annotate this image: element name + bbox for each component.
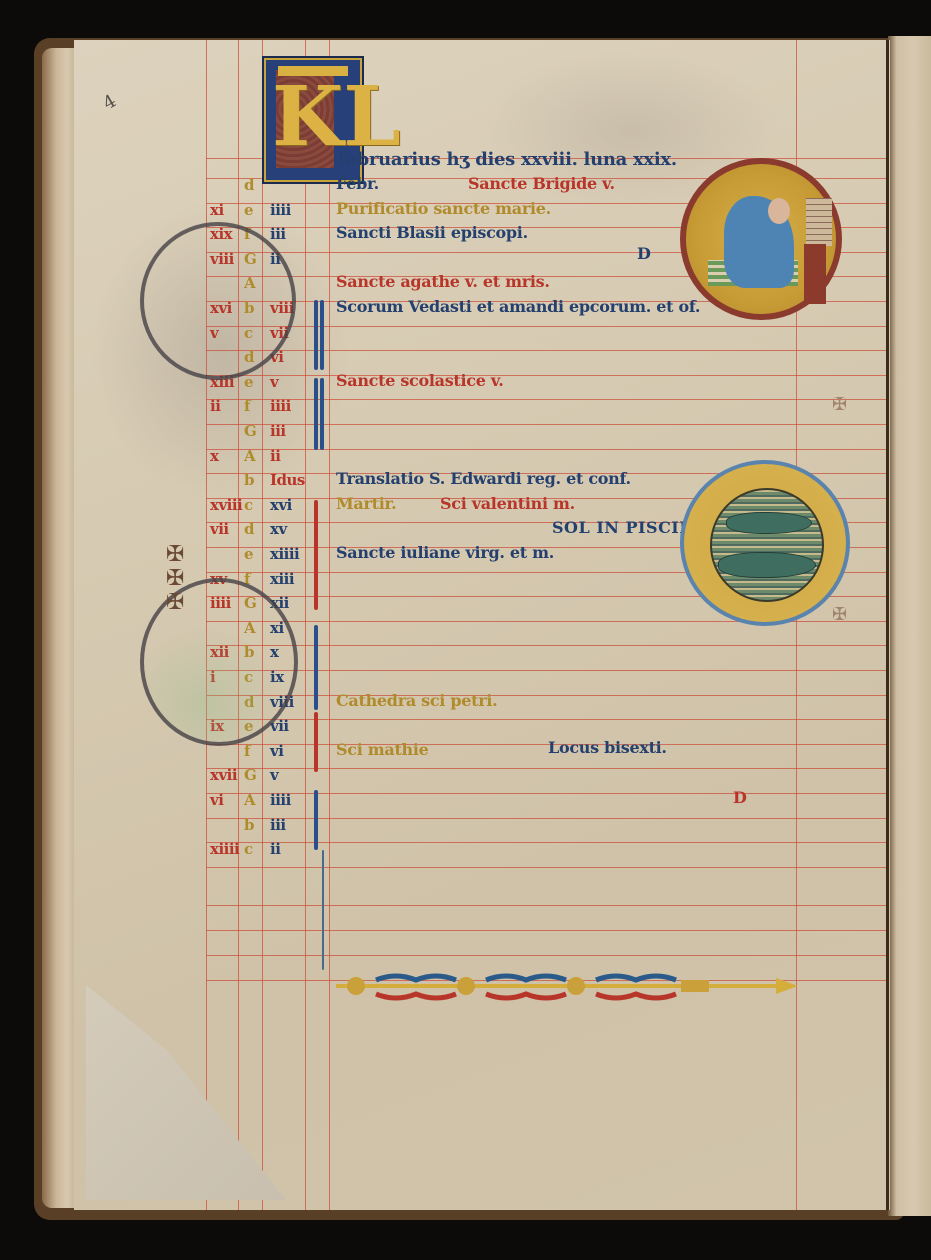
ruling-line	[206, 645, 886, 646]
feast-entry-secondary: Sancte Brigide v.	[468, 174, 615, 194]
cross-icon: ✠	[166, 566, 184, 591]
roman-day: Idus	[270, 471, 305, 489]
pisces-zodiac-roundel	[680, 460, 850, 626]
golden-number: xi	[210, 201, 224, 219]
initial-letter: KL	[272, 76, 401, 158]
roman-day: ii	[270, 447, 280, 465]
roman-day: iii	[270, 225, 286, 243]
feast-entry-secondary: Sci valentini m.	[440, 494, 575, 514]
fish-icon	[718, 552, 816, 578]
roman-day: vi	[270, 742, 283, 760]
roman-day: ii	[270, 840, 280, 858]
ruling-line	[206, 719, 886, 720]
feast-entry: Purificatio sancte marie.	[336, 199, 551, 219]
dominical-mark-d2: D	[733, 788, 747, 808]
ruling-line	[206, 744, 886, 745]
ruling-line	[206, 793, 886, 794]
golden-number: xvii	[210, 766, 237, 784]
roman-day: v	[270, 766, 278, 784]
fire-icon	[804, 244, 826, 304]
ruling-line	[206, 670, 886, 671]
dominical-letter: d	[244, 176, 254, 194]
ruling-line	[206, 842, 886, 843]
ruling-line	[206, 818, 886, 819]
dominical-letter: c	[244, 496, 253, 514]
ruling-line	[206, 375, 886, 376]
roman-day: xiii	[270, 570, 294, 588]
dominical-mark-d: D	[637, 244, 651, 264]
dominical-letter: G	[244, 422, 256, 440]
labour-of-month-roundel	[680, 158, 842, 320]
dominical-letter: f	[244, 397, 250, 415]
facing-page-edge	[888, 36, 931, 1216]
ruling-line	[206, 955, 886, 956]
ruling-line	[206, 930, 886, 931]
cross-icon: ✠	[832, 604, 847, 625]
roman-day: iii	[270, 816, 286, 834]
cross-icon: ✠	[166, 542, 184, 567]
ruling-line	[206, 326, 886, 327]
kl-bar	[314, 500, 318, 610]
dominical-letter: d	[244, 520, 254, 538]
pencil-ring	[140, 578, 298, 746]
dominical-letter: e	[244, 545, 253, 563]
feast-entry: Scorum Vedasti et amandi epcorum. et of.	[336, 297, 700, 317]
dominical-letter: e	[244, 201, 253, 219]
feast-entry: Cathedra sci petri.	[336, 691, 497, 711]
fish-icon	[726, 512, 812, 534]
feast-entry: Sancte iuliane virg. et m.	[336, 543, 554, 563]
ruling-line	[206, 449, 886, 450]
roman-day: v	[270, 373, 278, 391]
ruling-line	[206, 399, 886, 400]
pencil-ring	[140, 222, 296, 380]
feast-entry: Sancti Blasii episcopi.	[336, 223, 528, 243]
dominical-letter: c	[244, 840, 253, 858]
dominical-letter: A	[244, 791, 255, 809]
feast-entry: Sancte scolastice v.	[336, 371, 504, 391]
month-heading: februarius hʒ dies xxviii. luna xxix.	[338, 150, 677, 170]
ruling-line	[206, 695, 886, 696]
ruling-line	[206, 905, 886, 906]
border-stem	[322, 850, 324, 970]
feast-entry: Martir.	[336, 494, 396, 514]
decorative-border-bar	[336, 962, 806, 1012]
building-icon	[806, 198, 832, 246]
ruling-vertical	[329, 40, 330, 1210]
page-edge-left	[42, 48, 78, 1208]
kl-bar	[314, 378, 318, 450]
feast-entry: Febr.	[336, 174, 379, 194]
ruling-vertical	[305, 40, 306, 1210]
ruling-line	[206, 867, 886, 868]
dominical-letter: A	[244, 447, 255, 465]
kl-bar	[320, 300, 324, 370]
dominical-letter: e	[244, 373, 253, 391]
cross-icon: ✠	[166, 590, 184, 615]
kl-bar	[314, 712, 318, 772]
roman-day: iiii	[270, 397, 291, 415]
feast-entry: Sancte agathe v. et mris.	[336, 272, 550, 292]
golden-number: ii	[210, 397, 220, 415]
feast-entry: Sci mathie	[336, 740, 429, 760]
cross-icon: ✠	[832, 394, 847, 415]
ruling-line	[206, 424, 886, 425]
roman-day: xv	[270, 520, 287, 538]
roman-day: iiii	[270, 791, 291, 809]
water-icon	[710, 488, 824, 602]
feast-entry: Translatio S. Edwardi reg. et conf.	[336, 469, 631, 489]
roman-day: xiiii	[270, 545, 299, 563]
golden-number: vii	[210, 520, 229, 538]
kl-bar	[314, 790, 318, 850]
dominical-letter: f	[244, 742, 250, 760]
roman-day: iii	[270, 422, 286, 440]
dominical-letter: G	[244, 766, 256, 784]
golden-number: x	[210, 447, 218, 465]
kl-bar	[314, 300, 318, 370]
ruling-line	[206, 768, 886, 769]
roman-day: iiii	[270, 201, 291, 219]
golden-number: xiiii	[210, 840, 239, 858]
golden-number: xviii	[210, 496, 242, 514]
golden-number: vi	[210, 791, 223, 809]
figure-head-icon	[768, 198, 790, 224]
ruling-line	[206, 350, 886, 351]
kl-bar	[314, 625, 318, 710]
gutter	[886, 40, 889, 1210]
dominical-letter: b	[244, 816, 254, 834]
dominical-letter: b	[244, 471, 254, 489]
kl-bar	[320, 378, 324, 450]
locus-bisexti: Locus bisexti.	[548, 738, 667, 758]
roman-day: xvi	[270, 496, 292, 514]
